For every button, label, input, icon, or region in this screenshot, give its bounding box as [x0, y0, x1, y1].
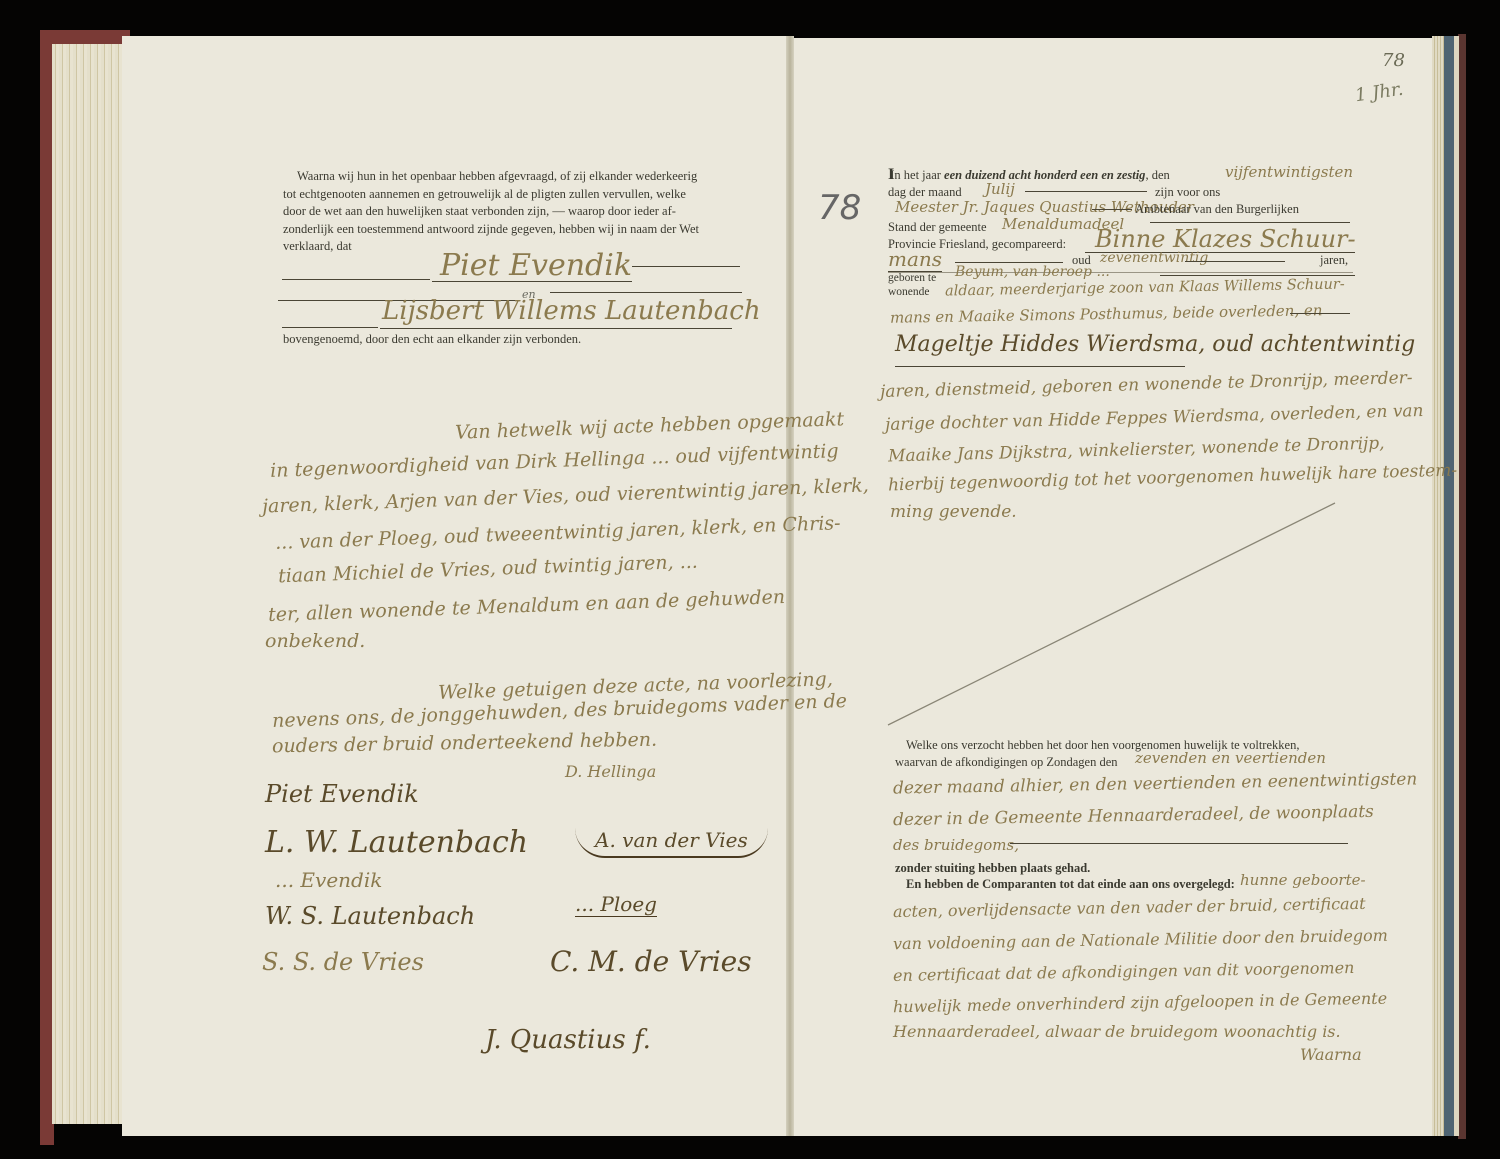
right-outer-pages	[1454, 36, 1459, 1136]
spine-gutter	[786, 36, 794, 1136]
age-value: zevenentwintig	[1100, 250, 1208, 266]
oud-line-left	[955, 262, 1063, 263]
month-line	[1025, 191, 1147, 192]
signature: J. Quastius f.	[485, 1025, 651, 1055]
zonder-label: zonder stuiting hebben plaats gehad.	[895, 860, 1090, 878]
bride-line-left	[282, 327, 378, 328]
print-line: Waarna wij hun in het openbaar hebben af…	[283, 168, 743, 186]
signature: ... Ploeg	[575, 892, 657, 917]
signature: W. S. Lautenbach	[265, 902, 475, 930]
catchword: Waarna	[1300, 1045, 1362, 1064]
signature: D. Hellinga	[565, 762, 656, 781]
en-hebben-label: En hebben de Comparanten tot dat einde a…	[906, 876, 1235, 894]
dates-value: zevenden en veertienden	[1135, 749, 1326, 767]
groom-line-right	[632, 266, 740, 267]
signature: A. van der Vies	[575, 828, 768, 858]
groom-underline	[432, 281, 632, 282]
bride-underline	[380, 328, 732, 329]
print-line: tot echtgenooten aannemen en getrouwelij…	[283, 186, 743, 204]
stand-label: Stand der gemeente	[888, 219, 987, 237]
month-value: Julij	[985, 180, 1015, 198]
left-printed-paragraph: Waarna wij hun in het openbaar hebben af…	[283, 168, 743, 256]
right-page-stack	[1432, 36, 1444, 1136]
body-line	[1290, 313, 1350, 314]
signature: C. M. de Vries	[550, 945, 752, 978]
print-line: door de wet aan den huwelijken staat ver…	[283, 203, 743, 221]
corner-page-number: 78	[1382, 50, 1405, 71]
day-value: vijfentwintigsten	[1225, 163, 1353, 181]
separator-line-right	[550, 292, 742, 293]
age-line	[1185, 261, 1285, 262]
blue-endpaper-edge	[1444, 36, 1454, 1136]
left-page-stack	[52, 44, 127, 1124]
hand-line: onbekend.	[265, 630, 365, 652]
signature: S. S. de Vries	[262, 948, 424, 976]
left-closing-printed: bovengenoemd, door den echt aan elkander…	[283, 331, 581, 349]
bride-value: Mageltje Hiddes Wierdsma, oud achtentwin…	[895, 332, 1415, 357]
cancel-diagonal-line	[880, 495, 1350, 735]
right-cover-edge	[1458, 34, 1466, 1139]
intro-line: IIn het jaar een duizend acht honderd ee…	[888, 166, 1170, 185]
documents-value: hunne geboorte-	[1240, 871, 1366, 889]
documents-value: Hennaarderadeel, alwaar de bruidegom woo…	[893, 1022, 1341, 1041]
intro-text: In het jaar	[890, 168, 941, 182]
groom-name: Piet Evendik	[440, 248, 632, 283]
print-line: zonderlijk een toestemmend antwoord zijn…	[283, 221, 743, 239]
signature: Piet Evendik	[265, 780, 419, 808]
wonende-label: wonende	[888, 284, 930, 302]
year-text: een duizend acht honderd een en zestig	[944, 168, 1145, 182]
waarvan-label: waarvan de afkondigingen op Zondagen den	[895, 754, 1118, 772]
signature: L. W. Lautenbach	[265, 825, 528, 860]
dates-line	[1010, 843, 1348, 844]
ambtenaar-label: Ambtenaar van den Burgerlijken	[1135, 201, 1299, 219]
groom-value-cont: mans	[888, 247, 942, 272]
officer-line	[1092, 209, 1132, 210]
margin-number: 78	[818, 188, 861, 228]
groom-value: Binne Klazes Schuur-	[1095, 225, 1356, 253]
top-cover-edge	[40, 30, 130, 44]
birthplace-value: Beyum, van beroep ...	[955, 264, 1110, 280]
jaren-label: jaren,	[1320, 252, 1348, 270]
bride-value-line	[895, 366, 1185, 367]
signature: ... Evendik	[275, 868, 382, 892]
bride-name: Lijsbert Willems Lautenbach	[382, 296, 761, 326]
den-text: , den	[1145, 168, 1169, 182]
dates-value: des bruidegoms,	[893, 836, 1019, 854]
groom-line-left	[282, 279, 430, 280]
municipality-line	[1150, 222, 1350, 223]
